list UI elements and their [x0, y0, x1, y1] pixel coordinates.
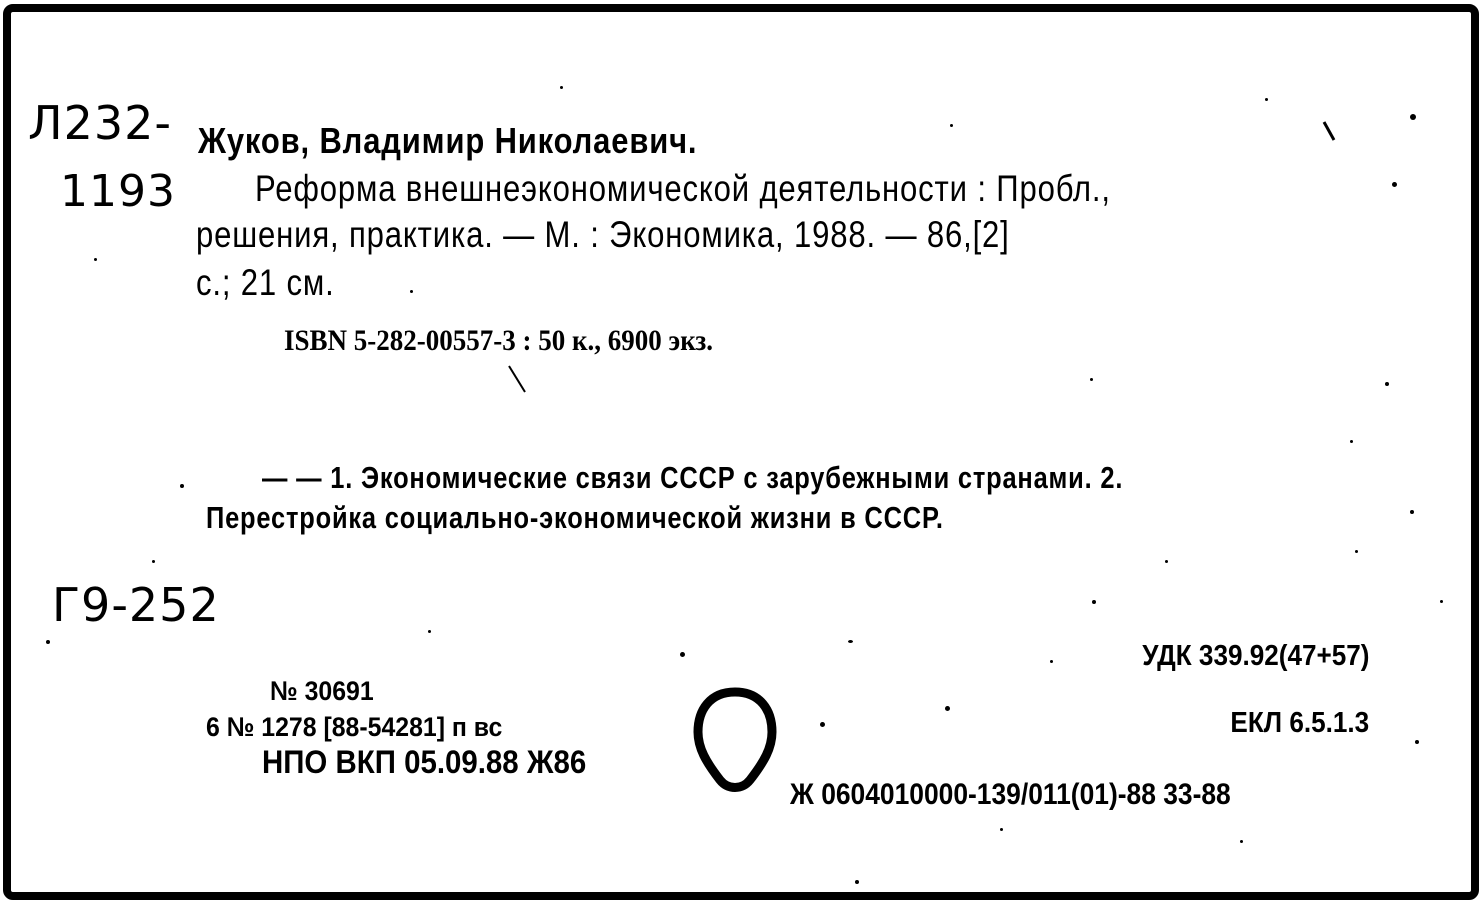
subject-line-1: — — 1. Экономические связи СССР с зарубе… [262, 460, 1123, 496]
ink-speck [945, 706, 950, 711]
ink-speck [820, 722, 825, 727]
ink-speck [950, 124, 953, 127]
printer-line: НПО ВКП 05.09.88 Ж86 [262, 744, 586, 781]
ink-speck [1385, 382, 1389, 386]
ink-speck [180, 484, 184, 488]
registration-number: № 30691 [270, 676, 374, 707]
handwritten-call-number-second: 1193 [60, 166, 176, 217]
handwritten-shelf-mark: Г9-252 [52, 578, 220, 632]
ink-speck [848, 640, 853, 643]
ink-speck [46, 640, 50, 644]
handwritten-call-number: Л232- [28, 96, 172, 150]
title-line-3: с.; 21 см. [196, 262, 335, 304]
ink-speck [1050, 660, 1053, 663]
ink-speck [1092, 600, 1096, 604]
udc-code: УДК 339.92(47+57) [1142, 640, 1369, 673]
ink-speck [1240, 840, 1243, 843]
ink-speck [1415, 740, 1419, 744]
title-line-1: Реформа внешнеэкономической деятельности… [255, 168, 1111, 210]
ink-speck [1355, 550, 1358, 553]
ink-stroke-mark [1320, 118, 1344, 148]
ink-speck [1000, 828, 1003, 831]
ink-speck [410, 290, 413, 293]
author-heading: Жуков, Владимир Николаевич. [198, 120, 697, 162]
ink-speck [680, 652, 685, 657]
subject-line-2: Перестройка социально-экономической жизн… [206, 500, 944, 536]
ink-speck [1165, 560, 1168, 563]
ink-speck [855, 880, 859, 884]
ink-speck [152, 560, 155, 563]
ink-speck [1350, 440, 1353, 443]
ink-speck [1410, 114, 1416, 120]
title-line-2: решения, практика. — М. : Экономика, 198… [196, 214, 1010, 256]
ink-speck [94, 258, 97, 261]
order-line: 6 № 1278 [88-54281] п вс [206, 712, 502, 743]
index-code: Ж 0604010000-139/011(01)-88 33-88 [790, 778, 1231, 812]
ink-speck [1410, 510, 1414, 514]
ink-speck [1265, 98, 1268, 101]
punch-hole-icon [690, 686, 780, 796]
ink-speck [1392, 182, 1397, 187]
ink-speck [1440, 600, 1443, 603]
ink-stroke-mark [505, 362, 535, 402]
ink-speck [560, 86, 563, 89]
ekl-code: ЕКЛ 6.5.1.3 [1230, 707, 1369, 740]
ink-speck [428, 630, 431, 633]
ink-speck [1090, 378, 1093, 381]
isbn-line: ISBN 5-282-00557-3 : 50 к., 6900 экз. [284, 324, 713, 358]
